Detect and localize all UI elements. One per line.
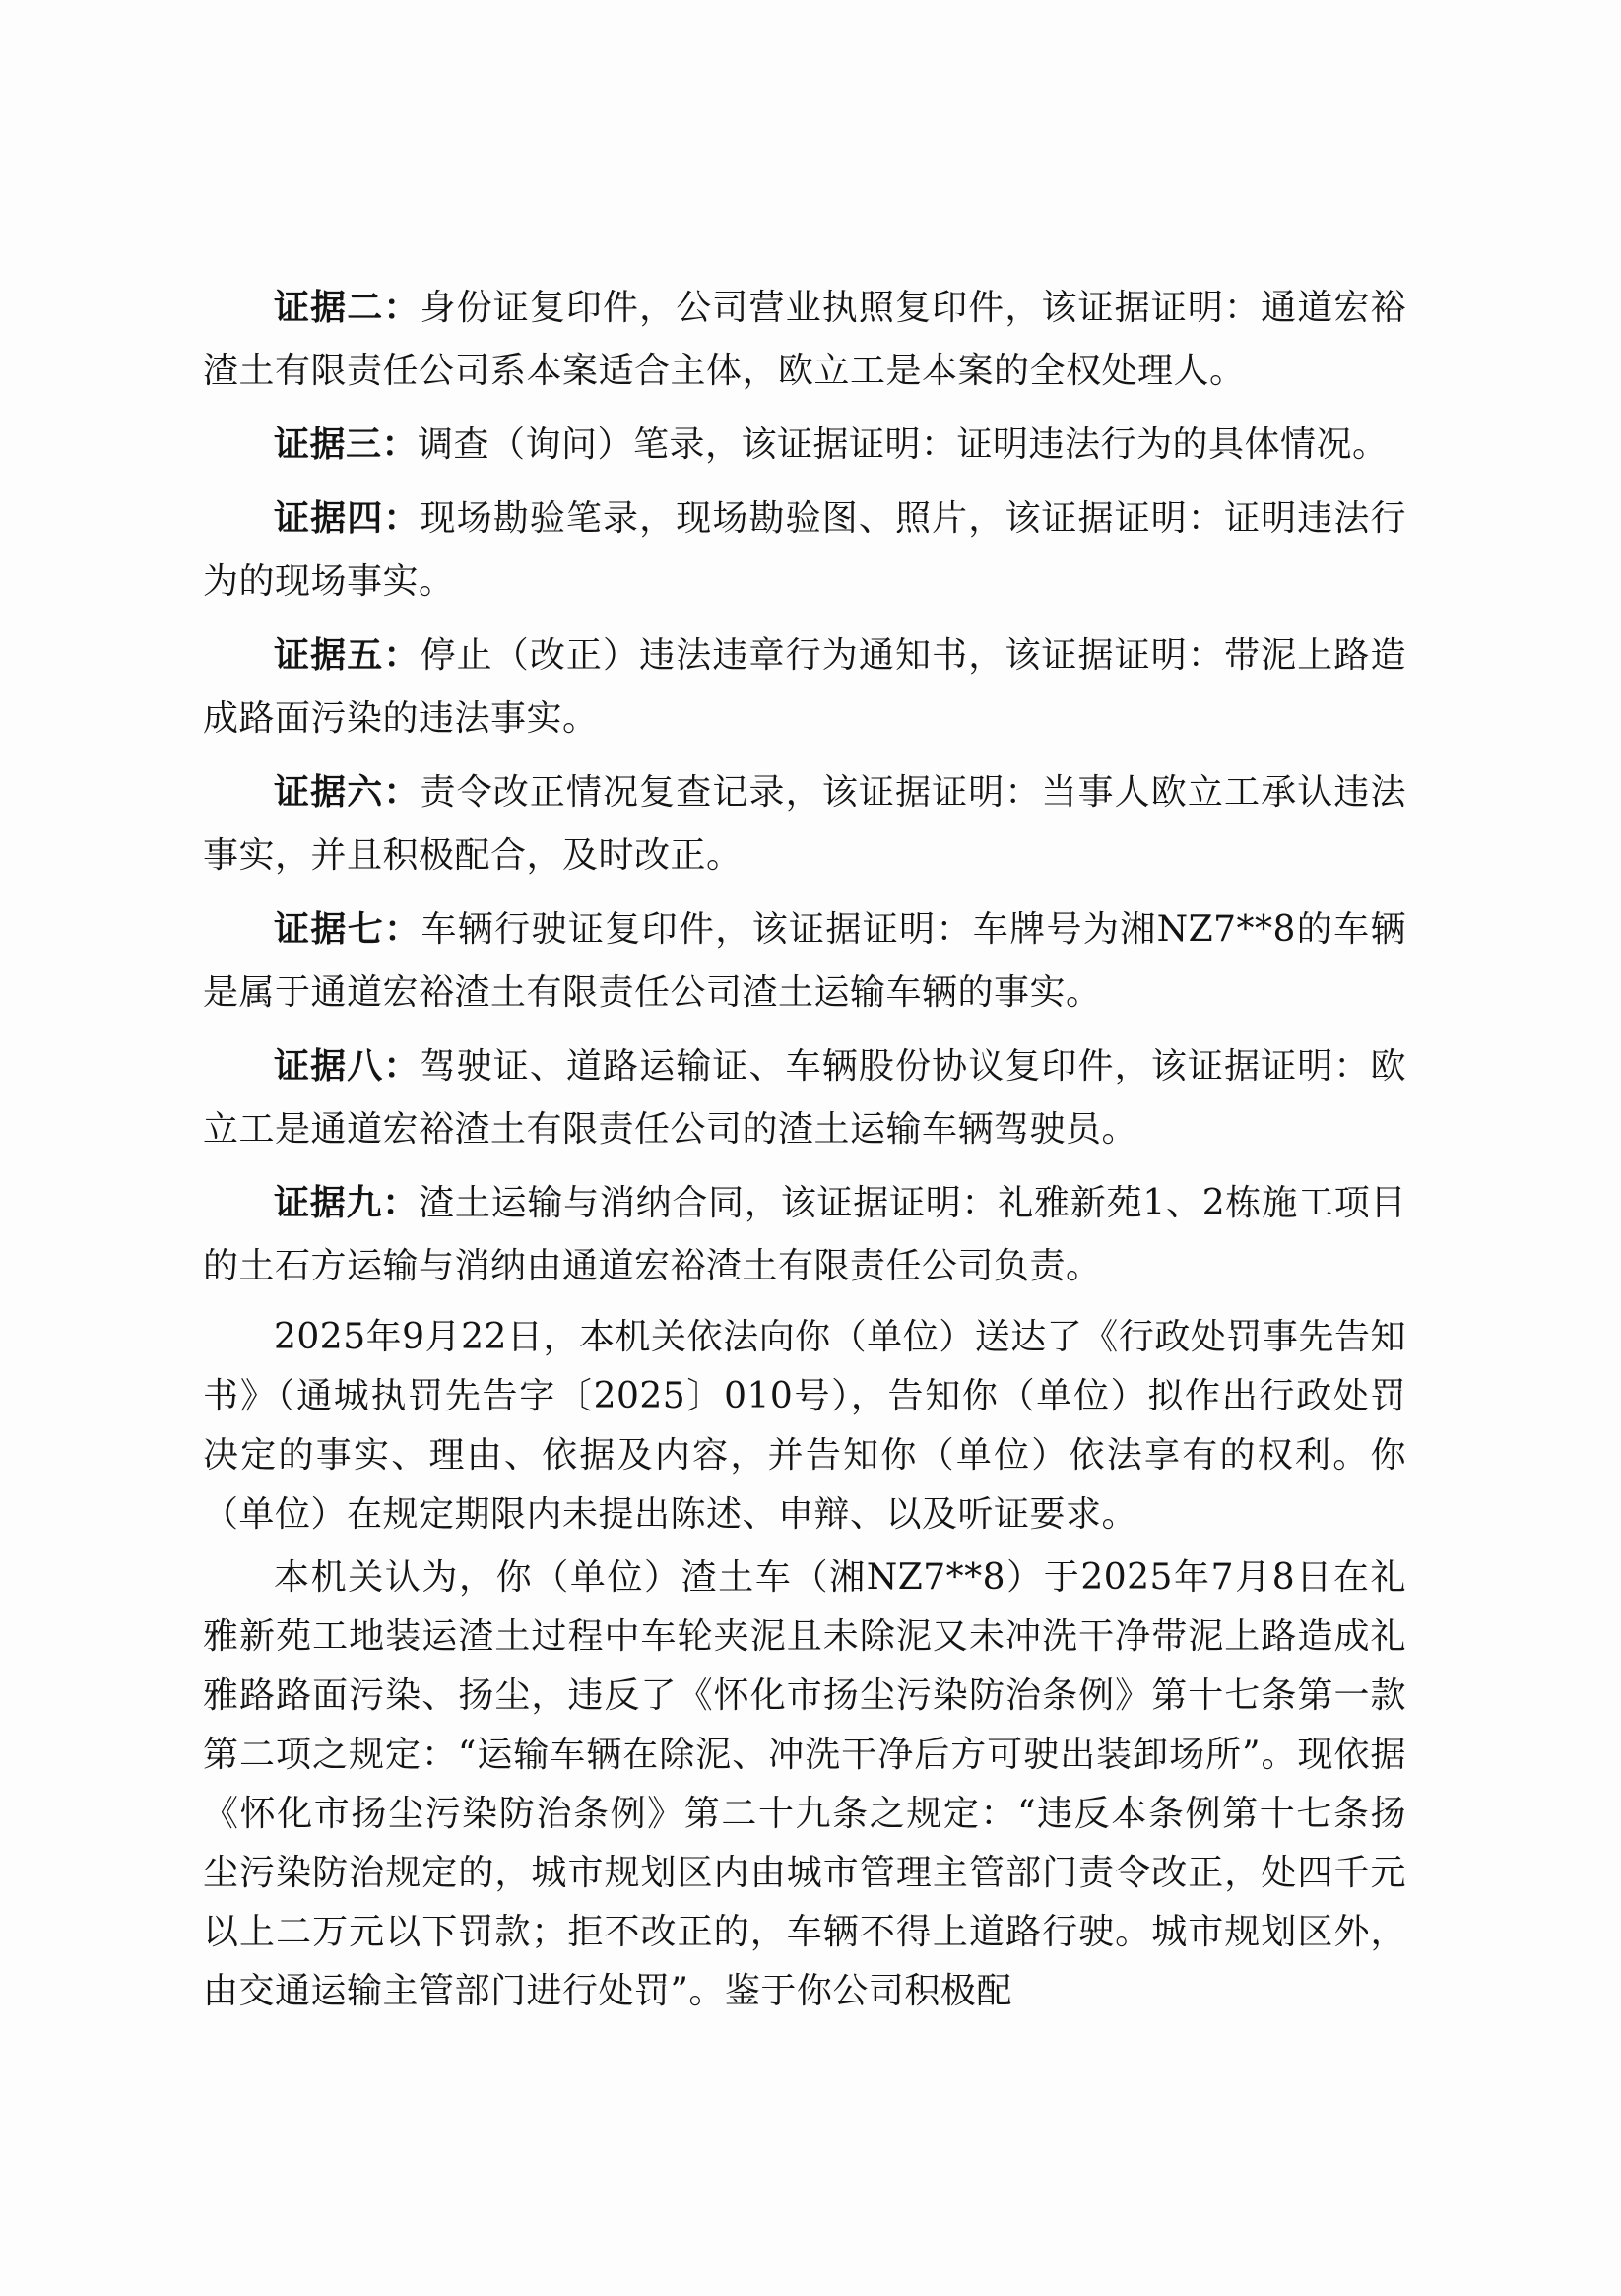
evidence-9: 证据九：渣土运输与消纳合同，该证据证明：礼雅新苑1、2栋施工项目的土石方运输与消…: [203, 1171, 1406, 1298]
finding-paragraph: 本机关认为，你（单位）渣土车（湘NZ7**8）于2025年7月8日在礼雅新苑工地…: [203, 1548, 1406, 2021]
evidence-4: 证据四：现场勘验笔录，现场勘验图、照片，该证据证明：证明违法行为的现场事实。: [203, 487, 1406, 614]
evidence-2: 证据二：身份证复印件，公司营业执照复印件，该证据证明：通道宏裕渣土有限责任公司系…: [203, 276, 1406, 403]
evidence-label: 证据七：: [274, 908, 421, 950]
evidence-label: 证据九：: [274, 1182, 419, 1223]
evidence-label: 证据五：: [274, 634, 420, 676]
evidence-7: 证据七：车辆行驶证复印件，该证据证明：车牌号为湘NZ7**8的车辆是属于通道宏裕…: [203, 897, 1406, 1024]
evidence-text: 调查（询问）笔录，该证据证明：证明违法行为的具体情况。: [418, 425, 1389, 465]
evidence-label: 证据四：: [274, 497, 420, 539]
evidence-label: 证据二：: [274, 287, 420, 328]
evidence-8: 证据八：驾驶证、道路运输证、车辆股份协议复印件，该证据证明：欧立工是通道宏裕渣土…: [203, 1034, 1406, 1161]
notice-paragraph: 2025年9月22日，本机关依法向你（单位）送达了《行政处罚事先告知书》（通城执…: [203, 1308, 1406, 1544]
evidence-6: 证据六：责令改正情况复查记录，该证据证明：当事人欧立工承认违法事实，并且积极配合…: [203, 760, 1406, 887]
evidence-label: 证据六：: [274, 771, 420, 813]
evidence-5: 证据五：停止（改正）违法违章行为通知书，该证据证明：带泥上路造成路面污染的违法事…: [203, 623, 1406, 751]
document-page: 证据二：身份证复印件，公司营业执照复印件，该证据证明：通道宏裕渣土有限责任公司系…: [203, 276, 1406, 2025]
evidence-label: 证据三：: [274, 424, 418, 465]
evidence-3: 证据三：调查（询问）笔录，该证据证明：证明违法行为的具体情况。: [203, 413, 1406, 477]
evidence-label: 证据八：: [274, 1045, 420, 1086]
